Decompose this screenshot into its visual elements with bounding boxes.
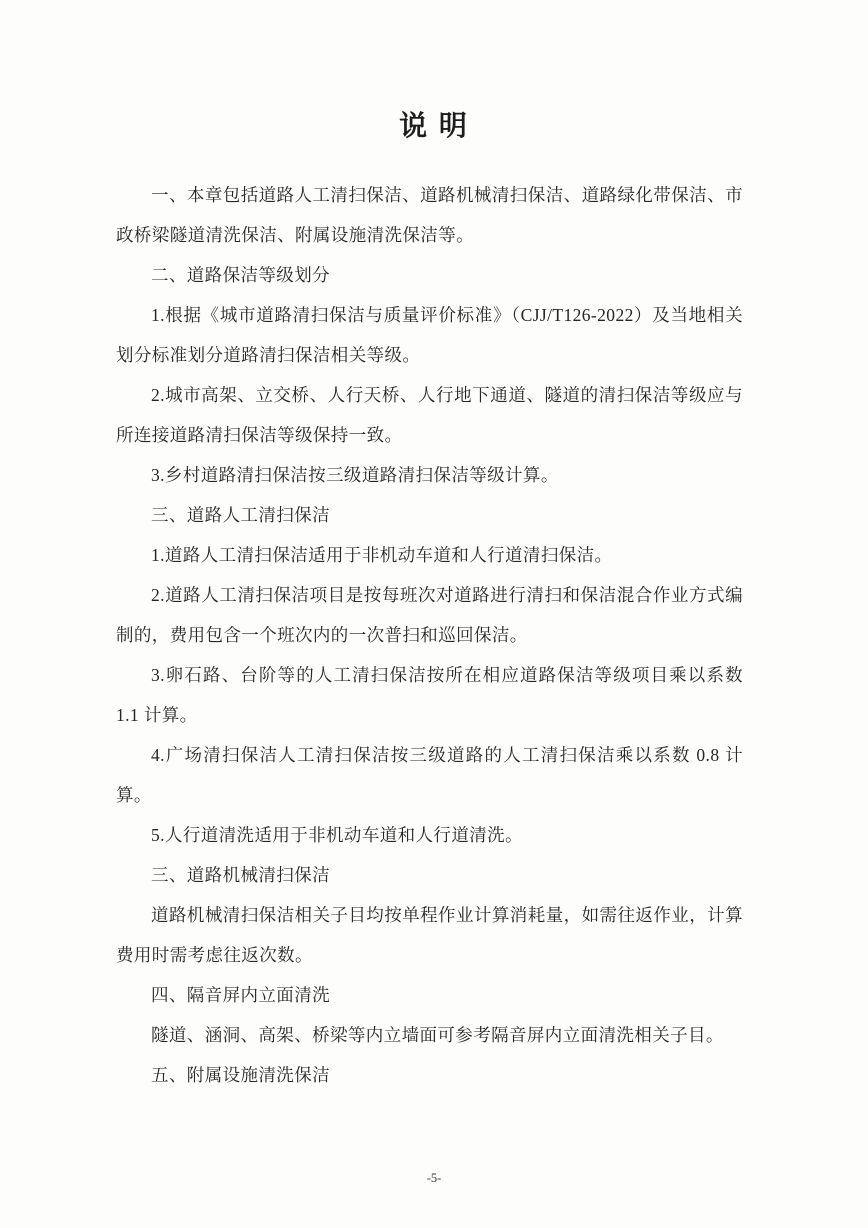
document-title: 说 明: [0, 104, 868, 144]
paragraph: 五、附属设施清洗保洁: [116, 1055, 743, 1095]
document-page: 说 明 一、本章包括道路人工清扫保洁、道路机械清扫保洁、道路绿化带保洁、市政桥梁…: [0, 0, 868, 1228]
document-body: 一、本章包括道路人工清扫保洁、道路机械清扫保洁、道路绿化带保洁、市政桥梁隧道清洗…: [116, 175, 743, 1095]
paragraph: 3.卵石路、台阶等的人工清扫保洁按所在相应道路保洁等级项目乘以系数 1.1 计算…: [116, 655, 743, 735]
paragraph: 2.城市高架、立交桥、人行天桥、人行地下通道、隧道的清扫保洁等级应与所连接道路清…: [116, 375, 743, 455]
paragraph: 道路机械清扫保洁相关子目均按单程作业计算消耗量，如需往返作业，计算费用时需考虑往…: [116, 895, 743, 975]
paragraph: 1.道路人工清扫保洁适用于非机动车道和人行道清扫保洁。: [116, 535, 743, 575]
page-number: -5-: [0, 1171, 868, 1186]
paragraph: 一、本章包括道路人工清扫保洁、道路机械清扫保洁、道路绿化带保洁、市政桥梁隧道清洗…: [116, 175, 743, 255]
paragraph: 隧道、涵洞、高架、桥梁等内立墙面可参考隔音屏内立面清洗相关子目。: [116, 1015, 743, 1055]
paragraph: 3.乡村道路清扫保洁按三级道路清扫保洁等级计算。: [116, 455, 743, 495]
paragraph: 1.根据《城市道路清扫保洁与质量评价标准》（CJJ/T126-2022）及当地相…: [116, 295, 743, 375]
paragraph: 二、道路保洁等级划分: [116, 255, 743, 295]
paragraph: 三、道路人工清扫保洁: [116, 495, 743, 535]
paragraph: 4.广场清扫保洁人工清扫保洁按三级道路的人工清扫保洁乘以系数 0.8 计算。: [116, 735, 743, 815]
paragraph: 三、道路机械清扫保洁: [116, 855, 743, 895]
paragraph: 四、隔音屏内立面清洗: [116, 975, 743, 1015]
paragraph: 2.道路人工清扫保洁项目是按每班次对道路进行清扫和保洁混合作业方式编制的，费用包…: [116, 575, 743, 655]
paragraph: 5.人行道清洗适用于非机动车道和人行道清洗。: [116, 815, 743, 855]
